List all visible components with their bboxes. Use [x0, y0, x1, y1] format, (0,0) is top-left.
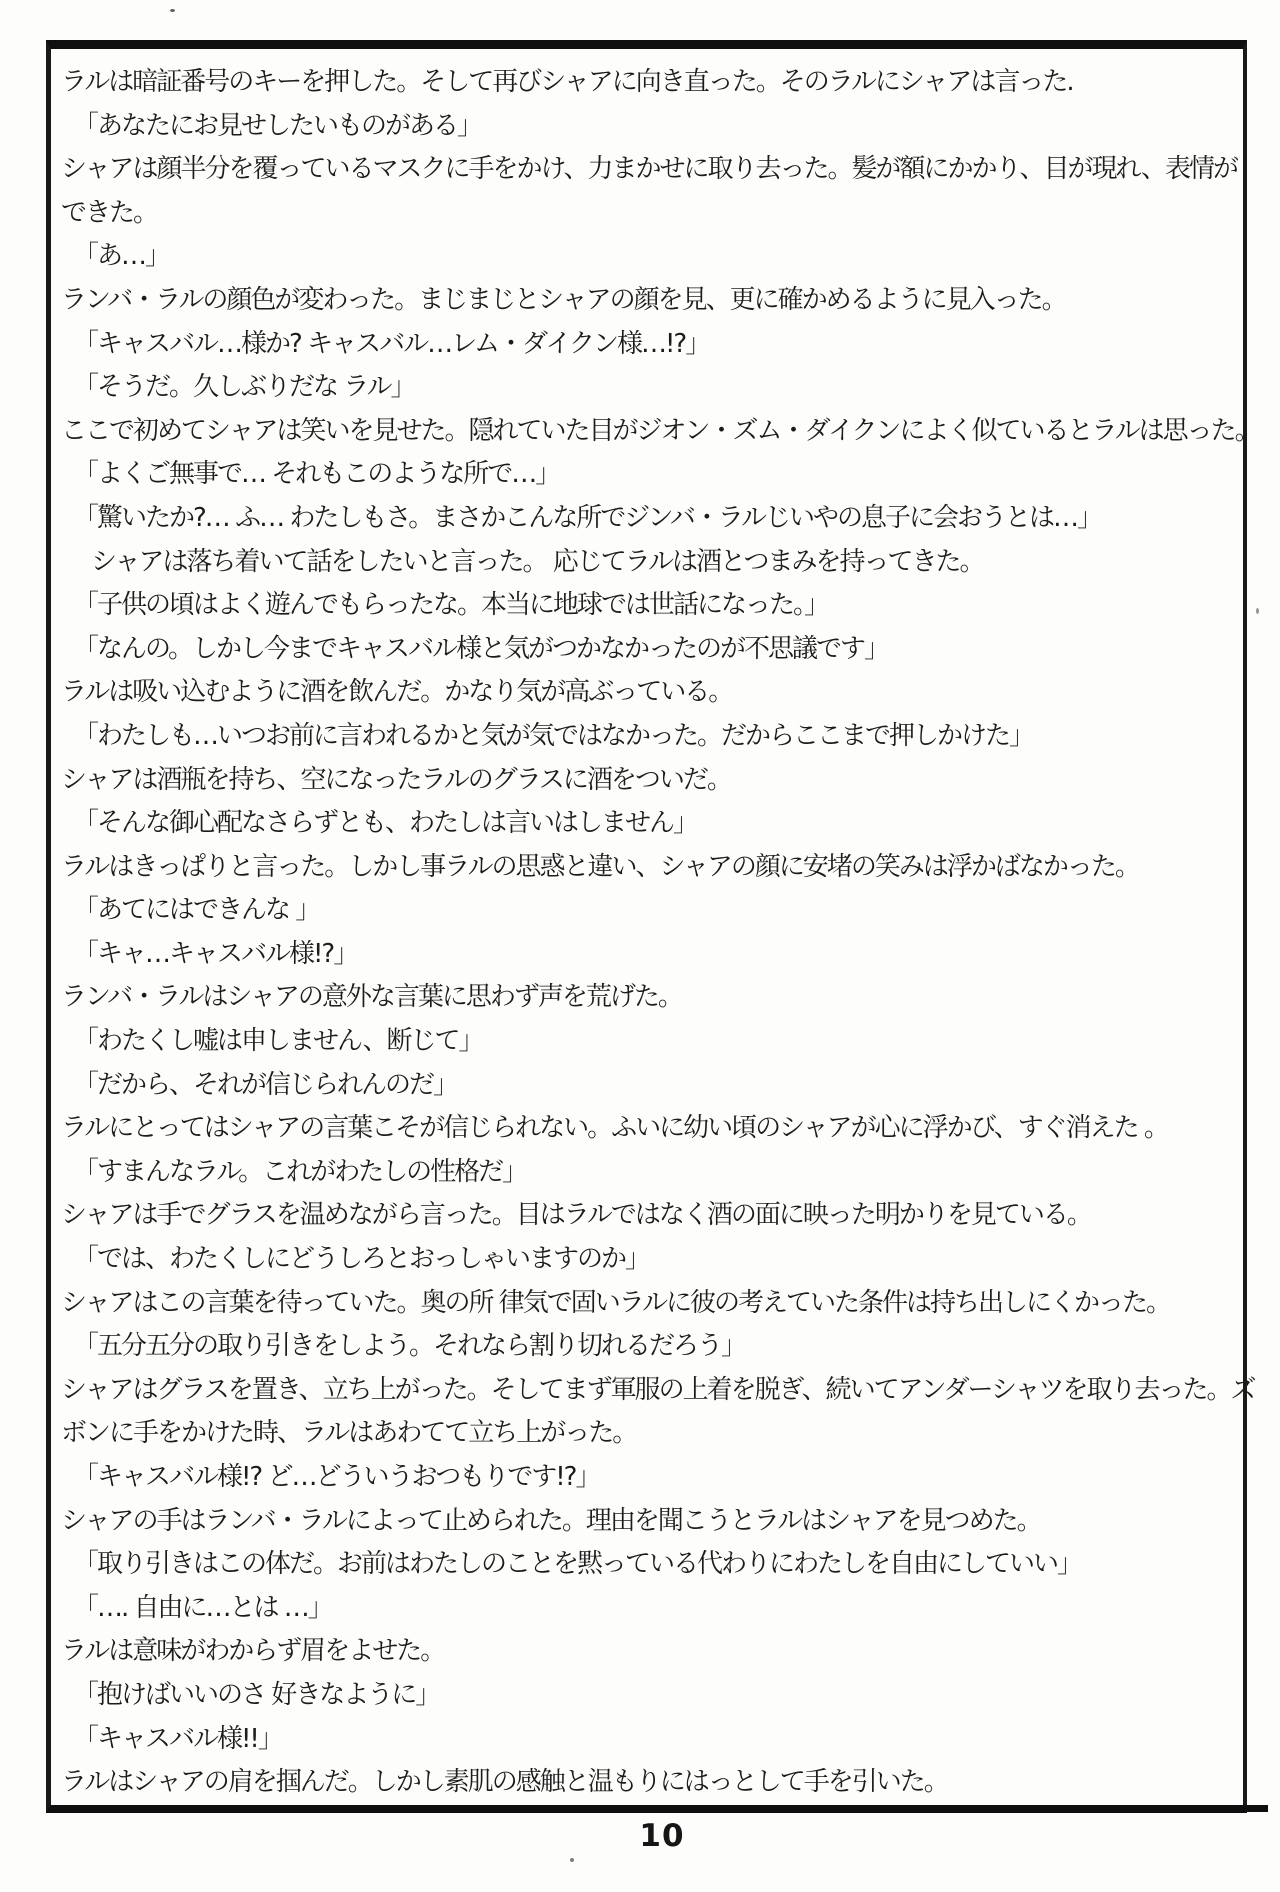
story-line: ラルはきっぱりと言った。しかし事ラルの思惑と違い、シャアの顔に安堵の笑みは浮かば…: [59, 846, 1239, 890]
story-line: シャアはこの言葉を待っていた。奥の所 律気で固いラルに彼の考えていた条件は持ち出…: [59, 1282, 1239, 1326]
story-line: ラルは意味がわからず眉をよせた。: [59, 1630, 1239, 1674]
page-number: 10: [639, 1818, 684, 1854]
story-line: シャアはグラスを置き、立ち上がった。そしてまず軍服の上着を脱ぎ、続いてアンダーシ…: [59, 1369, 1239, 1413]
story-line: 「あてにはできんな 」: [59, 889, 1239, 933]
story-line: 「そんな御心配なさらずとも、わたしは言いはしません」: [59, 802, 1239, 846]
scan-speck: [1256, 608, 1259, 614]
story-line: 「あ…」: [59, 235, 1239, 279]
story-line: ランバ・ラルはシャアの意外な言葉に思わず声を荒げた。: [59, 976, 1239, 1020]
story-line: 「あなたにお見せしたいものがある」: [59, 105, 1239, 149]
story-line: ランバ・ラルの顔色が変わった。まじまじとシャアの顔を見、更に確かめるように見入っ…: [59, 279, 1239, 323]
story-line: 「取り引きはこの体だ。お前はわたしのことを黙っている代わりにわたしを自由にしてい…: [59, 1543, 1239, 1587]
story-line: 「では、わたくしにどうしろとおっしゃいますのか」: [59, 1238, 1239, 1282]
story-line: 「わたくし嘘は申しません、断じて」: [59, 1020, 1239, 1064]
story-line: ボンに手をかけた時、ラルはあわてて立ち上がった。: [59, 1412, 1239, 1456]
story-line: ラルは吸い込むように酒を飲んだ。かなり気が高ぶっている。: [59, 671, 1239, 715]
story-line: 「キャスバル様!? ど…どういうおつもりです!?」: [59, 1456, 1239, 1500]
story-line: ラルは暗証番号のキーを押した。そして再びシャアに向き直った。そのラルにシャアは言…: [59, 61, 1239, 105]
story-line: 「キャスバル様!!」: [59, 1718, 1239, 1762]
story-line: シャアは顔半分を覆っているマスクに手をかけ、力まかせに取り去った。髪が額にかかり…: [59, 148, 1239, 192]
story-line: 「よくご無事で… それもこのような所で…」: [59, 453, 1239, 497]
page-frame: ラルは暗証番号のキーを押した。そして再びシャアに向き直った。そのラルにシャアは言…: [46, 40, 1247, 1813]
story-line: 「そうだ。久しぶりだな ラル」: [59, 366, 1239, 410]
story-line: 「…. 自由に…とは …」: [59, 1587, 1239, 1631]
story-line: ラルにとってはシャアの言葉こそが信じられない。ふいに幼い頃のシャアが心に浮かび、…: [59, 1107, 1239, 1151]
frame-bottom-rule-extension: [1240, 1805, 1268, 1812]
story-line: ラルはシャアの肩を掴んだ。しかし素肌の感触と温もりにはっとして手を引いた。: [59, 1761, 1239, 1805]
story-line: シャアの手はランバ・ラルによって止められた。理由を聞こうとラルはシャアを見つめた…: [59, 1500, 1239, 1544]
scan-speck: [570, 1858, 574, 1862]
story-line: シャアは手でグラスを温めながら言った。目はラルではなく酒の面に映った明かりを見て…: [59, 1194, 1239, 1238]
scanned-story-page: ラルは暗証番号のキーを押した。そして再びシャアに向き直った。そのラルにシャアは言…: [0, 0, 1280, 1892]
story-line: 「わたしも…いつお前に言われるかと気が気ではなかった。だからここまで押しかけた」: [59, 715, 1239, 759]
story-line: 「五分五分の取り引きをしよう。それなら割り切れるだろう」: [59, 1325, 1239, 1369]
story-line: 「抱けばいいのさ 好きなように」: [59, 1674, 1239, 1718]
scan-speck: [170, 9, 175, 12]
story-line: シャアは酒瓶を持ち、空になったラルのグラスに酒をついだ。: [59, 759, 1239, 803]
story-line: 「キャ…キャスバル様!?」: [59, 933, 1239, 977]
story-line: 「キャスバル…様か? キャスバル…レム・ダイクン様…!?」: [59, 323, 1239, 367]
story-line: できた。: [59, 192, 1239, 236]
story-line: 「なんの。しかし今までキャスバル様と気がつかなかったのが不思議です」: [59, 628, 1239, 672]
story-line: 「すまんなラル。これがわたしの性格だ」: [59, 1151, 1239, 1195]
story-line: ここで初めてシャアは笑いを見せた。隠れていた目がジオン・ズム・ダイクンによく似て…: [59, 410, 1239, 454]
story-line: シャアは落ち着いて話をしたいと言った。 応じてラルは酒とつまみを持ってきた。: [59, 541, 1239, 585]
story-line: 「子供の頃はよく遊んでもらったな。本当に地球では世話になった。」: [59, 584, 1239, 628]
story-text: ラルは暗証番号のキーを押した。そして再びシャアに向き直った。そのラルにシャアは言…: [59, 61, 1239, 1805]
story-line: 「驚いたか?… ふ… わたしもさ。まさかこんな所でジンバ・ラルじいやの息子に会お…: [59, 497, 1239, 541]
story-line: 「だから、それが信じられんのだ」: [59, 1064, 1239, 1108]
